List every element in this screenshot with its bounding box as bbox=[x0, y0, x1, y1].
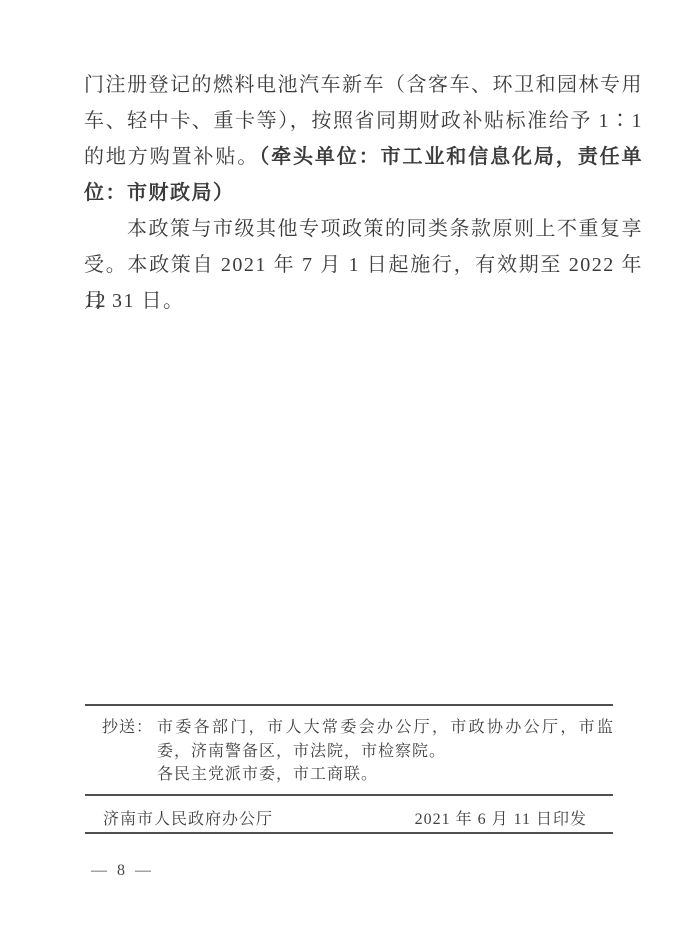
body-line: 月 31 日。 bbox=[84, 283, 643, 319]
document-page: 门注册登记的燃料电池汽车新车（含客车、环卫和园林专用车、轻中卡、重卡等），按照省… bbox=[0, 0, 700, 925]
body-line: 受。本政策自 2021 年 7 月 1 日起施行，有效期至 2022 年 12 bbox=[84, 247, 643, 283]
body-line: 车、轻中卡、重卡等），按照省同期财政补贴标准给予 1∶1 bbox=[84, 103, 643, 139]
cc-list: 市委各部门，市人大常委会办公厅，市政协办公厅，市监委，济南警备区，市法院，市检察… bbox=[157, 716, 613, 787]
cc-line: 各民主党派市委，市工商联。 bbox=[157, 763, 613, 787]
policy-body-text: 门注册登记的燃料电池汽车新车（含客车、环卫和园林专用车、轻中卡、重卡等），按照省… bbox=[84, 67, 643, 319]
issuer-row: 济南市人民政府办公厅 2021 年 6 月 11 日印发 bbox=[103, 806, 587, 829]
text-segment: 月 31 日。 bbox=[84, 290, 185, 312]
cc-line: 市委各部门，市人大常委会办公厅，市政协办公厅，市监 bbox=[157, 716, 613, 740]
page-number: — 8 — bbox=[91, 862, 154, 880]
text-segment: 的地方购置补贴。 bbox=[84, 146, 259, 168]
body-line: 位：市财政局） bbox=[84, 175, 643, 211]
cc-label: 抄送： bbox=[102, 716, 153, 787]
footer-divider bbox=[85, 832, 613, 834]
print-date: 2021 年 6 月 11 日印发 bbox=[415, 806, 587, 829]
body-line: 本政策与市级其他专项政策的同类条款原则上不重复享 bbox=[84, 211, 643, 247]
body-line: 门注册登记的燃料电池汽车新车（含客车、环卫和园林专用 bbox=[84, 67, 643, 103]
bold-text-segment: （牵头单位：市工业和信息化局，责任单 bbox=[259, 146, 643, 168]
text-segment: 车、轻中卡、重卡等），按照省同期财政补贴标准给予 1∶1 bbox=[84, 110, 643, 132]
cc-line: 委，济南警备区，市法院，市检察院。 bbox=[157, 740, 613, 764]
cc-divider-bottom bbox=[85, 794, 613, 796]
bold-text-segment: 位：市财政局） bbox=[84, 182, 235, 204]
body-line: 的地方购置补贴。（牵头单位：市工业和信息化局，责任单 bbox=[84, 139, 643, 175]
issuer-name: 济南市人民政府办公厅 bbox=[103, 806, 273, 829]
text-segment: 门注册登记的燃料电池汽车新车（含客车、环卫和园林专用 bbox=[84, 74, 643, 96]
cc-block: 抄送： 市委各部门，市人大常委会办公厅，市政协办公厅，市监委，济南警备区，市法院… bbox=[102, 716, 613, 787]
text-segment: 本政策与市级其他专项政策的同类条款原则上不重复享 bbox=[127, 218, 643, 240]
cc-divider-top bbox=[85, 704, 613, 706]
